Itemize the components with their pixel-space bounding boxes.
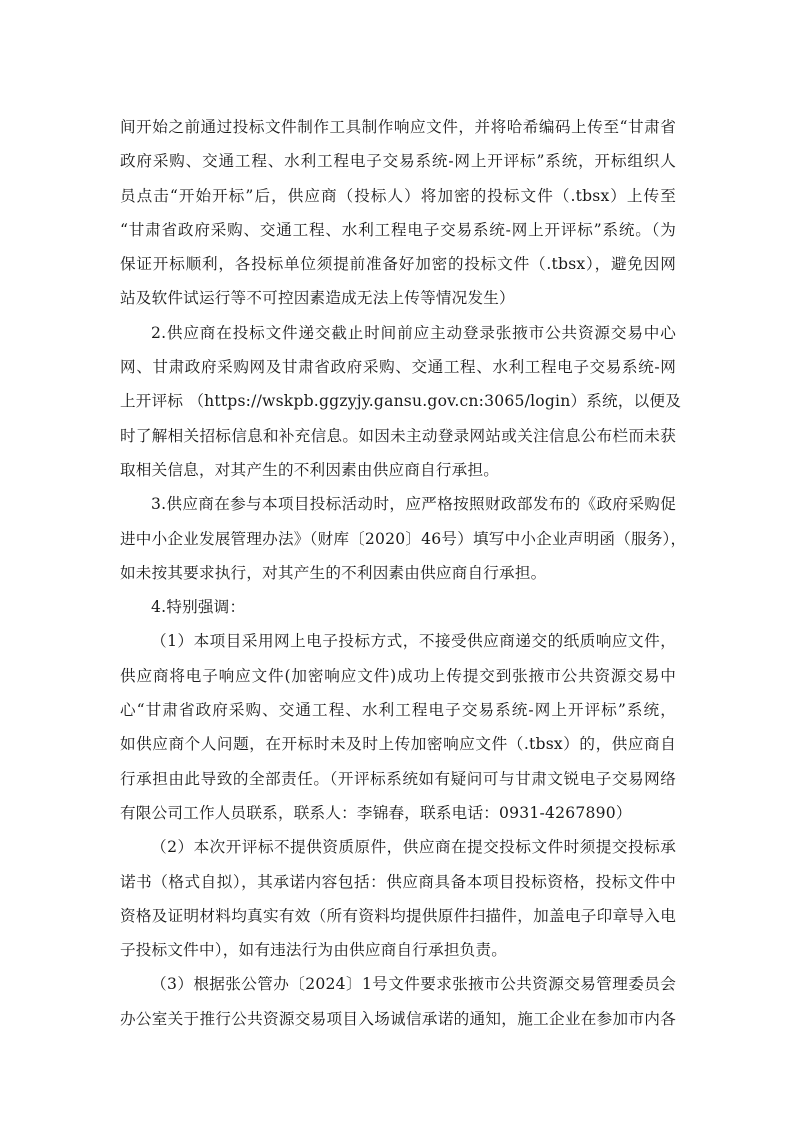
text-line: 政府采购、交通工程、水利工程电子交易系统-网上开评标”系统，开标组织人 bbox=[120, 144, 676, 178]
text-line: 取相关信息，对其产生的不利因素由供应商自行承担。 bbox=[120, 453, 676, 487]
text-line: 办公室关于推行公共资源交易项目入场诚信承诺的通知，施工企业在参加市内各 bbox=[120, 1002, 676, 1036]
text-line: “甘肃省政府采购、交通工程、水利工程电子交易系统-网上开评标”系统。（为 bbox=[120, 213, 676, 247]
paragraph-sub-1: （1）本项目采用网上电子投标方式，不接受供应商递交的纸质响应文件， 供应商将电子… bbox=[120, 624, 676, 830]
paragraph-item-4-heading: 4.特别强调： bbox=[120, 590, 676, 624]
text-line: 2.供应商在投标文件递交截止时间前应主动登录张掖市公共资源交易中心 bbox=[120, 316, 676, 350]
paragraph-sub-2: （2）本次开评标不提供资质原件，供应商在提交投标文件时须提交投标承 诺书（格式自… bbox=[120, 830, 676, 967]
paragraph-continuation: 间开始之前通过投标文件制作工具制作响应文件，并将哈希编码上传至“甘肃省 政府采购… bbox=[120, 110, 676, 316]
text-line: （1）本项目采用网上电子投标方式，不接受供应商递交的纸质响应文件， bbox=[120, 624, 676, 658]
text-line: 时了解相关招标信息和补充信息。如因未主动登录网站或关注信息公布栏而未获 bbox=[120, 419, 676, 453]
text-line: （2）本次开评标不提供资质原件，供应商在提交投标文件时须提交投标承 bbox=[120, 830, 676, 864]
text-line-with-url: 上开评标 （https://wskpb.ggzyjy.gansu.gov.cn:… bbox=[120, 384, 676, 418]
document-page: 间开始之前通过投标文件制作工具制作响应文件，并将哈希编码上传至“甘肃省 政府采购… bbox=[120, 110, 676, 1036]
section-heading: 4.特别强调： bbox=[120, 590, 676, 624]
text-line: 保证开标顺利，各投标单位须提前准备好加密的投标文件（.tbsx），避免因网 bbox=[120, 247, 676, 281]
text-line: 员点击“开始开标”后，供应商（投标人）将加密的投标文件（.tbsx）上传至 bbox=[120, 179, 676, 213]
text-line: 进中小企业发展管理办法》（财库〔2020〕46号）填写中小企业声明函（服务）， bbox=[120, 522, 676, 556]
text-line: 供应商将电子响应文件(加密响应文件)成功上传提交到张掖市公共资源交易中 bbox=[120, 659, 676, 693]
paragraph-sub-3: （3）根据张公管办〔2024〕1号文件要求张掖市公共资源交易管理委员会 办公室关… bbox=[120, 967, 676, 1036]
text-line: 站及软件试运行等不可控因素造成无法上传等情况发生） bbox=[120, 281, 676, 315]
text-line: 网、甘肃政府采购网及甘肃省政府采购、交通工程、水利工程电子交易系统-网 bbox=[120, 350, 676, 384]
paragraph-item-3: 3.供应商在参与本项目投标活动时，应严格按照财政部发布的《政府采购促 进中小企业… bbox=[120, 487, 676, 590]
text-line-contact: 有限公司工作人员联系，联系人：李锦春，联系电话：0931-4267890） bbox=[120, 796, 676, 830]
text-line: 资格及证明材料均真实有效（所有资料均提供原件扫描件，加盖电子印章导入电 bbox=[120, 899, 676, 933]
text-line: 间开始之前通过投标文件制作工具制作响应文件，并将哈希编码上传至“甘肃省 bbox=[120, 110, 676, 144]
text-line: 诺书（格式自拟），其承诺内容包括：供应商具备本项目投标资格，投标文件中 bbox=[120, 865, 676, 899]
text-line: 如供应商个人问题，在开标时未及时上传加密响应文件（.tbsx）的，供应商自 bbox=[120, 727, 676, 761]
text-line: 行承担由此导致的全部责任。（开评标系统如有疑问可与甘肃文锐电子交易网络 bbox=[120, 762, 676, 796]
text-line: 如未按其要求执行，对其产生的不利因素由供应商自行承担。 bbox=[120, 556, 676, 590]
text-line: （3）根据张公管办〔2024〕1号文件要求张掖市公共资源交易管理委员会 bbox=[120, 967, 676, 1001]
text-line: 子投标文件中），如有违法行为由供应商自行承担负责。 bbox=[120, 933, 676, 967]
text-line: 3.供应商在参与本项目投标活动时，应严格按照财政部发布的《政府采购促 bbox=[120, 487, 676, 521]
text-line: 心“甘肃省政府采购、交通工程、水利工程电子交易系统-网上开评标”系统， bbox=[120, 693, 676, 727]
paragraph-item-2: 2.供应商在投标文件递交截止时间前应主动登录张掖市公共资源交易中心 网、甘肃政府… bbox=[120, 316, 676, 487]
